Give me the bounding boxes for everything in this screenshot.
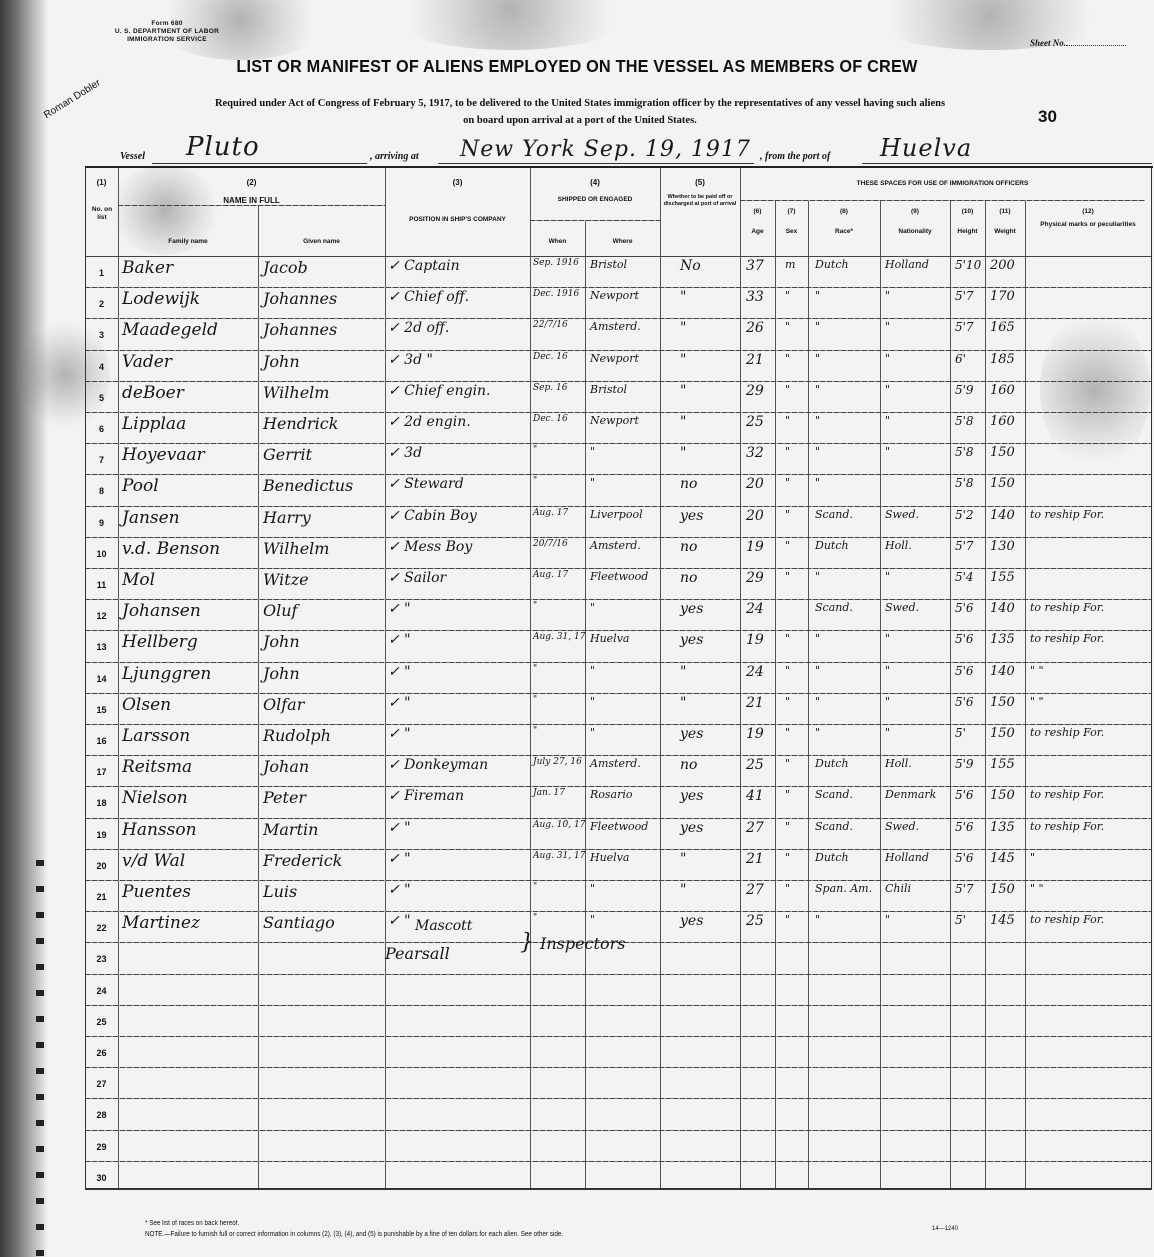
sex-cell: " <box>785 913 790 926</box>
physical-marks-cell: to reship For. <box>1030 726 1104 739</box>
arriving-value: New York Sep. 19, 1917 <box>460 137 751 162</box>
given-name-cell: Peter <box>263 788 306 807</box>
col10-number: (10) <box>950 208 985 216</box>
weight-cell: 140 <box>990 508 1015 523</box>
shipped-where-cell: Bristol <box>590 383 627 396</box>
col2-header: NAME IN FULL <box>118 196 385 205</box>
sex-cell: " <box>785 726 790 739</box>
race-cell: " <box>815 695 820 708</box>
row-number: 22 <box>85 923 118 933</box>
sex-cell: " <box>785 445 790 458</box>
nationality-cell: Holland <box>885 851 929 864</box>
shipped-where-cell: " <box>590 601 595 614</box>
sex-header: Sex <box>775 228 808 236</box>
arriving-label: , arriving at <box>370 151 419 162</box>
shipped-when-cell: 20/7/16 <box>533 539 568 549</box>
table-row: 30 <box>0 1159 1154 1190</box>
race-cell: " <box>815 726 820 739</box>
table-row: 18 Nielson Peter ✓ Fireman Jan. 17 Rosar… <box>0 784 1154 815</box>
marks-header: Physical marks or peculiarities <box>1040 221 1136 229</box>
position-cell: ✓ Fireman <box>388 788 464 804</box>
paid-off-cell: yes <box>680 508 703 524</box>
shipped-when-cell: Dec. 16 <box>533 414 568 424</box>
race-cell: Scand. <box>815 601 853 614</box>
height-cell: 5'6 <box>955 695 974 709</box>
height-cell: 5'4 <box>955 570 974 584</box>
race-cell: " <box>815 414 820 427</box>
given-name-cell: John <box>263 632 300 651</box>
shipped-where-cell: Amsterd. <box>590 320 641 333</box>
nationality-cell: Swed. <box>885 508 919 521</box>
row-number: 11 <box>85 580 118 590</box>
nationality-cell: " <box>885 414 890 427</box>
table-row: 14 Ljunggren John ✓ " " " " 24 " " " 5'6… <box>0 660 1154 691</box>
sex-cell: " <box>785 664 790 677</box>
position-cell: ✓ Chief engin. <box>388 383 491 399</box>
table-row: 29 <box>0 1128 1154 1159</box>
race-cell: Dutch <box>815 258 849 271</box>
table-row: 4 Vader John ✓ 3d " Dec. 16 Newport " 21… <box>0 348 1154 379</box>
nationality-cell: " <box>885 352 890 365</box>
family-name-header: Family name <box>118 238 258 246</box>
table-row: 9 Jansen Harry ✓ Cabin Boy Aug. 17 Liver… <box>0 504 1154 535</box>
table-row: 7 Hoyevaar Gerrit ✓ 3d " " " 32 " " " 5'… <box>0 441 1154 472</box>
age-cell: 19 <box>746 726 764 742</box>
family-name-cell: Hoyevaar <box>122 445 205 465</box>
family-name-cell: v.d. Benson <box>122 539 220 559</box>
age-cell: 37 <box>746 258 764 274</box>
table-row: 16 Larsson Rudolph ✓ " " " yes 19 " " " … <box>0 722 1154 753</box>
race-cell: " <box>815 632 820 645</box>
sex-cell: " <box>785 508 790 521</box>
weight-cell: 200 <box>990 258 1015 273</box>
family-name-cell: Jansen <box>122 508 180 528</box>
family-name-cell: v/d Wal <box>122 851 185 871</box>
height-cell: 5' <box>955 913 966 927</box>
position-header: POSITION IN SHIP'S COMPANY <box>385 216 530 224</box>
weight-cell: 160 <box>990 414 1015 429</box>
races-note: * See list of races on back hereof. <box>145 1218 563 1229</box>
height-cell: 5'6 <box>955 632 974 646</box>
family-name-cell: Nielson <box>122 788 188 808</box>
given-name-cell: Frederick <box>263 851 342 870</box>
age-cell: 20 <box>746 476 764 492</box>
shipped-when-cell: Aug. 17 <box>533 570 568 580</box>
sex-cell: " <box>785 570 790 583</box>
given-name-cell: Benedictus <box>263 476 353 495</box>
shipped-where-cell: Amsterd. <box>590 757 641 770</box>
nationality-cell: " <box>885 320 890 333</box>
shipped-where-cell: " <box>590 476 595 489</box>
race-cell: " <box>815 289 820 302</box>
nationality-cell: " <box>885 695 890 708</box>
family-name-cell: Baker <box>122 258 173 278</box>
height-cell: 5'6 <box>955 788 974 802</box>
row-number: 3 <box>85 330 118 340</box>
paid-off-cell: " <box>680 383 686 399</box>
col11-number: (11) <box>985 208 1025 216</box>
given-name-cell: Harry <box>263 508 311 527</box>
vessel-info-line: Vessel Pluto , arriving at New York Sep.… <box>120 140 1150 166</box>
shipped-where-cell: " <box>590 882 595 895</box>
shipped-when-cell: Aug. 10, 17 <box>533 820 585 830</box>
age-cell: 21 <box>746 352 764 368</box>
family-name-cell: Puentes <box>122 882 191 902</box>
shipped-where-cell: Huelva <box>590 632 629 645</box>
nationality-cell: Chili <box>885 882 911 895</box>
race-cell: Dutch <box>815 757 849 770</box>
row-number: 23 <box>85 954 118 964</box>
shipped-where-cell: Newport <box>590 414 639 427</box>
age-cell: 27 <box>746 820 764 836</box>
height-cell: 5'7 <box>955 882 974 896</box>
shipped-where-cell: Rosario <box>590 788 633 801</box>
age-cell: 21 <box>746 851 764 867</box>
shipped-when-cell: " <box>533 476 537 486</box>
physical-marks-cell: " <box>1030 851 1035 864</box>
weight-cell: 135 <box>990 632 1015 647</box>
shipped-where-cell: Huelva <box>590 851 629 864</box>
given-name-cell: Johan <box>263 757 309 776</box>
paid-off-cell: " <box>680 352 686 368</box>
sex-cell: " <box>785 539 790 552</box>
physical-marks-cell: " " <box>1030 664 1044 677</box>
age-cell: 27 <box>746 882 764 898</box>
weight-cell: 150 <box>990 882 1015 897</box>
shipped-where-cell: " <box>590 695 595 708</box>
given-name-cell: John <box>263 664 300 683</box>
height-cell: 5' <box>955 726 966 740</box>
row-number: 28 <box>85 1110 118 1120</box>
weight-cell: 150 <box>990 476 1015 491</box>
age-cell: 32 <box>746 445 764 461</box>
weight-cell: 150 <box>990 695 1015 710</box>
given-name-cell: Olfar <box>263 695 304 714</box>
department-name: U. S. DEPARTMENT OF LABOR <box>112 28 222 36</box>
nationality-cell: Swed. <box>885 601 919 614</box>
paid-off-cell: no <box>680 539 697 555</box>
sex-cell: " <box>785 352 790 365</box>
nationality-cell: " <box>885 570 890 583</box>
race-cell: " <box>815 383 820 396</box>
weight-cell: 145 <box>990 851 1015 866</box>
shipped-when-cell: Dec. 16 <box>533 352 568 362</box>
row-number: 6 <box>85 424 118 434</box>
shipped-where-cell: Fleetwood <box>590 570 648 583</box>
shipped-when-cell: " <box>533 601 537 611</box>
sex-cell: " <box>785 632 790 645</box>
grid-line <box>530 220 660 221</box>
position-cell: ✓ 3d " <box>388 352 433 368</box>
paid-off-cell: yes <box>680 913 703 929</box>
race-cell: Scand. <box>815 508 853 521</box>
given-name-cell: Jacob <box>263 258 308 277</box>
table-row: 25 <box>0 1003 1154 1034</box>
paid-off-cell: No <box>680 258 701 274</box>
shipped-when-cell: Aug. 17 <box>533 508 568 518</box>
height-cell: 6' <box>955 352 966 366</box>
family-name-cell: Ljunggren <box>122 664 211 684</box>
sex-cell: " <box>785 320 790 333</box>
nationality-cell: Holl. <box>885 757 912 770</box>
table-row: 8 Pool Benedictus ✓ Steward " " no 20 " … <box>0 472 1154 503</box>
position-cell: ✓ " <box>388 726 411 742</box>
family-name-cell: deBoer <box>122 383 184 403</box>
row-number: 5 <box>85 393 118 403</box>
paid-off-cell: " <box>680 882 686 898</box>
position-cell: ✓ " <box>388 851 411 867</box>
weight-cell: 140 <box>990 601 1015 616</box>
row-number: 9 <box>85 518 118 528</box>
nationality-cell: Holl. <box>885 539 912 552</box>
row-number: 29 <box>85 1142 118 1152</box>
table-row: 2 Lodewijk Johannes ✓ Chief off. Dec. 19… <box>0 285 1154 316</box>
race-cell: " <box>815 320 820 333</box>
paid-off-cell: " <box>680 289 686 305</box>
position-cell: ✓ 2d engin. <box>388 414 471 430</box>
shipped-when-cell: 22/7/16 <box>533 320 568 330</box>
weight-cell: 150 <box>990 726 1015 741</box>
paid-off-cell: " <box>680 695 686 711</box>
given-name-cell: John <box>263 352 300 371</box>
brace-mark: } <box>520 930 534 955</box>
age-cell: 26 <box>746 320 764 336</box>
grid-line <box>740 200 1145 201</box>
position-cell: ✓ 3d <box>388 445 422 461</box>
age-cell: 33 <box>746 289 764 305</box>
given-name-cell: Wilhelm <box>263 383 329 402</box>
height-cell: 5'6 <box>955 851 974 865</box>
row-number: 17 <box>85 767 118 777</box>
table-row: 13 Hellberg John ✓ " Aug. 31, 17 Huelva … <box>0 628 1154 659</box>
col9-number: (9) <box>880 208 950 216</box>
signature-inspector-2: Pearsall <box>385 944 450 963</box>
shipped-where-cell: Fleetwood <box>590 820 648 833</box>
age-cell: 19 <box>746 632 764 648</box>
sex-cell: " <box>785 882 790 895</box>
sex-cell: " <box>785 757 790 770</box>
weight-cell: 155 <box>990 570 1015 585</box>
shipped-when-cell: " <box>533 882 537 892</box>
age-cell: 29 <box>746 383 764 399</box>
sex-cell: m <box>785 258 795 271</box>
given-name-cell: Witze <box>263 570 309 589</box>
row-number: 30 <box>85 1173 118 1183</box>
age-cell: 24 <box>746 601 764 617</box>
race-cell: Scand. <box>815 820 853 833</box>
weight-cell: 165 <box>990 320 1015 335</box>
from-port-label: , from the port of <box>760 151 830 162</box>
paid-off-cell: yes <box>680 601 703 617</box>
shipped-when-cell: Sep. 1916 <box>533 258 579 268</box>
stain <box>380 0 640 50</box>
race-cell: " <box>815 570 820 583</box>
position-cell: ✓ " <box>388 601 411 617</box>
shipped-where-cell: " <box>590 913 595 926</box>
paid-off-cell: " <box>680 445 686 461</box>
shipped-when-cell: July 27, 16 <box>533 757 582 767</box>
age-cell: 24 <box>746 664 764 680</box>
nationality-cell: " <box>885 383 890 396</box>
shipped-when-cell: " <box>533 445 537 455</box>
physical-marks-cell: to reship For. <box>1030 913 1104 926</box>
family-name-cell: Maadegeld <box>122 320 218 340</box>
weight-cell: 150 <box>990 445 1015 460</box>
row-number: 18 <box>85 798 118 808</box>
col1-number: (1) <box>85 178 118 187</box>
shipped-when-cell: " <box>533 695 537 705</box>
position-cell: ✓ " <box>388 882 411 898</box>
shipped-where-cell: " <box>590 664 595 677</box>
age-cell: 25 <box>746 414 764 430</box>
table-row: 1 Baker Jacob ✓ Captain Sep. 1916 Bristo… <box>0 254 1154 285</box>
shipped-where-cell: Newport <box>590 289 639 302</box>
row-number: 2 <box>85 299 118 309</box>
name-stamp: Roman Dobler <box>42 77 103 121</box>
paid-off-cell: " <box>680 851 686 867</box>
footnotes: * See list of races on back hereof. NOTE… <box>145 1218 563 1240</box>
row-number: 16 <box>85 736 118 746</box>
family-name-cell: Larsson <box>122 726 190 746</box>
shipped-when-cell: Jan. 17 <box>533 788 565 798</box>
row-number: 7 <box>85 455 118 465</box>
height-header: Height <box>950 228 985 236</box>
nationality-cell: " <box>885 632 890 645</box>
physical-marks-cell: to reship For. <box>1030 820 1104 833</box>
paid-off-cell: " <box>680 414 686 430</box>
service-name: IMMIGRATION SERVICE <box>112 36 222 44</box>
where-header: Where <box>585 238 660 246</box>
age-cell: 20 <box>746 508 764 524</box>
weight-cell: 140 <box>990 664 1015 679</box>
family-name-cell: Martinez <box>122 913 200 933</box>
paid-off-cell: no <box>680 476 697 492</box>
row-number: 12 <box>85 611 118 621</box>
height-cell: 5'9 <box>955 757 974 771</box>
row-number: 14 <box>85 674 118 684</box>
row-number: 27 <box>85 1079 118 1089</box>
shipped-where-cell: Amsterd. <box>590 539 641 552</box>
row-number: 20 <box>85 861 118 871</box>
weight-cell: 170 <box>990 289 1015 304</box>
given-name-cell: Martin <box>263 820 318 839</box>
col6-number: (6) <box>740 208 775 216</box>
shipped-where-cell: Bristol <box>590 258 627 271</box>
vessel-label: Vessel <box>120 151 145 162</box>
document-title: LIST OR MANIFEST OF ALIENS EMPLOYED ON T… <box>40 56 1113 77</box>
subtitle-line-1: Required under Act of Congress of Februa… <box>120 95 1040 112</box>
sex-cell: " <box>785 289 790 302</box>
table-row: 24 <box>0 972 1154 1003</box>
col7-number: (7) <box>775 208 808 216</box>
given-name-cell: Hendrick <box>263 414 338 433</box>
nationality-cell: Swed. <box>885 820 919 833</box>
nationality-cell: " <box>885 664 890 677</box>
when-header: When <box>530 238 585 246</box>
family-name-cell: Vader <box>122 352 172 372</box>
height-cell: 5'8 <box>955 445 974 459</box>
paid-off-cell: yes <box>680 632 703 648</box>
col12-number: (12) <box>1025 208 1151 216</box>
shipped-when-cell: Sep. 16 <box>533 383 567 393</box>
family-name-cell: Pool <box>122 476 159 496</box>
nationality-cell: Holland <box>885 258 929 271</box>
table-row: 12 Johansen Oluf ✓ " " " yes 24 Scand. S… <box>0 597 1154 628</box>
shipped-where-cell: Newport <box>590 352 639 365</box>
sex-cell: " <box>785 820 790 833</box>
form-number: Form 680 <box>112 20 222 28</box>
form-identifier: Form 680 U. S. DEPARTMENT OF LABOR IMMIG… <box>112 20 222 44</box>
weight-cell: 150 <box>990 788 1015 803</box>
height-cell: 5'10 <box>955 258 981 272</box>
paid-off-cell: yes <box>680 726 703 742</box>
shipped-when-cell: " <box>533 726 537 736</box>
shipped-when-cell: Aug. 31, 17 <box>533 851 585 861</box>
table-row: 3 Maadegeld Johannes ✓ 2d off. 22/7/16 A… <box>0 316 1154 347</box>
race-cell: " <box>815 476 820 489</box>
penalty-note: NOTE.—Failure to furnish full or correct… <box>145 1229 563 1240</box>
shipped-when-cell: " <box>533 913 537 923</box>
row-number: 4 <box>85 362 118 372</box>
race-cell: " <box>815 664 820 677</box>
family-name-cell: Hansson <box>122 820 197 840</box>
shipped-header: SHIPPED OR ENGAGED <box>530 196 660 204</box>
table-row: 26 <box>0 1034 1154 1065</box>
row-number: 15 <box>85 705 118 715</box>
race-cell: Dutch <box>815 539 849 552</box>
sheet-number-value <box>1066 45 1126 46</box>
page-number: 30 <box>1038 107 1057 127</box>
race-cell: Scand. <box>815 788 853 801</box>
race-cell: " <box>815 913 820 926</box>
position-cell: ✓ Sailor <box>388 570 446 586</box>
position-cell: ✓ Donkeyman <box>388 757 488 773</box>
weight-cell: 155 <box>990 757 1015 772</box>
given-name-cell: Wilhelm <box>263 539 329 558</box>
height-cell: 5'6 <box>955 820 974 834</box>
sex-cell: " <box>785 476 790 489</box>
sex-cell: " <box>785 414 790 427</box>
family-name-cell: Reitsma <box>122 757 192 777</box>
paid-off-cell: " <box>680 664 686 680</box>
position-cell: ✓ " <box>388 820 411 836</box>
table-row: 20 v/d Wal Frederick ✓ " Aug. 31, 17 Hue… <box>0 847 1154 878</box>
shipped-where-cell: " <box>590 445 595 458</box>
table-row: 15 Olsen Olfar ✓ " " " " 21 " " " 5'6 15… <box>0 691 1154 722</box>
family-name-cell: Lodewijk <box>122 289 200 309</box>
physical-marks-cell: " " <box>1030 882 1044 895</box>
table-row: 5 deBoer Wilhelm ✓ Chief engin. Sep. 16 … <box>0 379 1154 410</box>
sheet-number-field: Sheet No. <box>1030 38 1126 48</box>
age-cell: 29 <box>746 570 764 586</box>
position-cell: ✓ " <box>388 632 411 648</box>
position-cell: ✓ Mess Boy <box>388 539 472 555</box>
height-cell: 5'9 <box>955 383 974 397</box>
height-cell: 5'2 <box>955 508 974 522</box>
row-number: 8 <box>85 486 118 496</box>
family-name-cell: Olsen <box>122 695 171 715</box>
shipped-where-cell: Liverpool <box>590 508 643 521</box>
given-name-cell: Santiago <box>263 913 335 932</box>
table-row: 6 Lipplaa Hendrick ✓ 2d engin. Dec. 16 N… <box>0 410 1154 441</box>
physical-marks-cell: " " <box>1030 695 1044 708</box>
age-cell: 21 <box>746 695 764 711</box>
family-name-cell: Lipplaa <box>122 414 186 434</box>
signature-role: Inspectors <box>540 934 625 953</box>
weight-cell: 160 <box>990 383 1015 398</box>
height-cell: 5'6 <box>955 664 974 678</box>
row-number: 19 <box>85 830 118 840</box>
